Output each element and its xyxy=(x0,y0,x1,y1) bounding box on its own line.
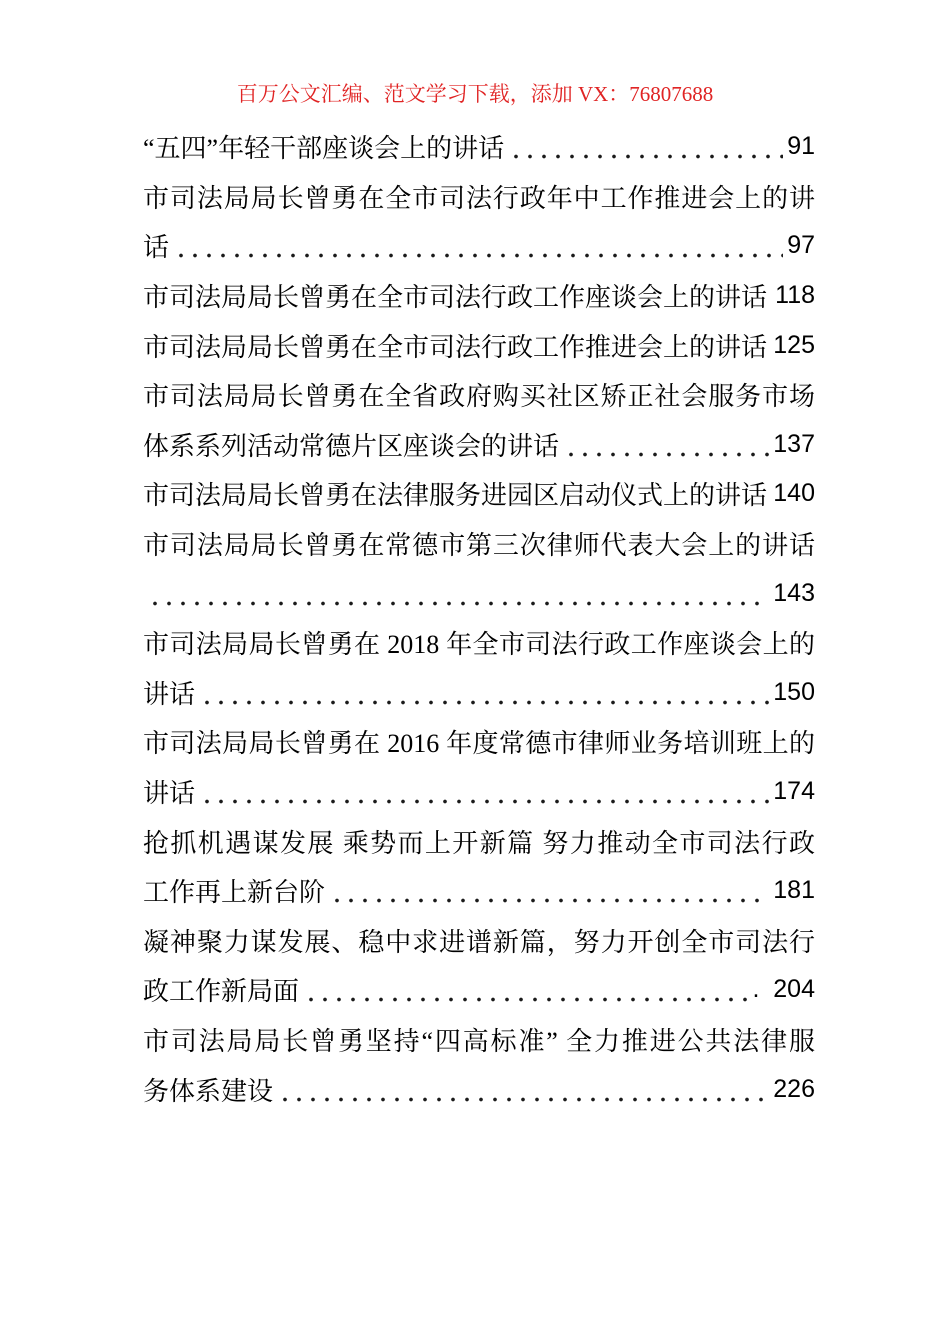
toc-entry-text: 讲话 xyxy=(143,674,195,711)
toc-entry-text: 市司法局局长曾勇在 2018 年全市司法行政工作座谈会上的 xyxy=(143,624,815,661)
dot-leader xyxy=(564,420,769,470)
promo-header: 百万公文汇编、范文学习下载，添加 VX：76807688 xyxy=(0,81,950,107)
toc-line: 体系系列活动常德片区座谈会的讲话137 xyxy=(143,420,815,470)
toc-line: 讲话174 xyxy=(143,767,815,817)
dot-leader xyxy=(148,568,769,618)
dot-leader xyxy=(304,965,748,1015)
toc-entry-text: 凝神聚力谋发展、稳中求进谱新篇，努力开创全市司法行 xyxy=(143,922,815,959)
toc-line: 务体系建设226 xyxy=(143,1064,815,1114)
toc-page-number: 91 xyxy=(787,132,815,161)
toc-entry-text: 讲话 xyxy=(143,773,195,810)
toc-line: 工作再上新台阶181 xyxy=(143,866,815,916)
toc-entry-text: 抢抓机遇谋发展 乘势而上开新篇 努力推动全市司法行政 xyxy=(143,823,815,860)
dot-leader xyxy=(200,767,769,817)
toc-page-number: 137 xyxy=(773,430,815,459)
toc-page-number: 97 xyxy=(787,231,815,260)
toc-entry-text: 体系系列活动常德片区座谈会的讲话 xyxy=(143,426,559,463)
toc-entry-text: 市司法局局长曾勇在全市司法行政工作推进会上的讲话 xyxy=(143,327,759,364)
toc-line: 市司法局局长曾勇坚持“四高标准” 全力推进公共法律服 xyxy=(143,1015,815,1065)
table-of-contents: “五四”年轻干部座谈会上的讲话91市司法局局长曾勇在全市司法行政年中工作推进会上… xyxy=(143,122,815,1114)
dot-leader xyxy=(200,668,769,718)
toc-entry-text: 工作再上新台阶 xyxy=(143,872,325,909)
dot-leader xyxy=(509,122,783,172)
toc-page-number: . 204 xyxy=(752,975,815,1004)
toc-page-number: 174 xyxy=(773,777,815,806)
dot-leader xyxy=(330,866,769,916)
toc-entry-text: 市司法局局长曾勇在全省政府购买社区矫正社会服务市场 xyxy=(143,376,815,413)
toc-entry-text: 市司法局局长曾勇在常德市第三次律师代表大会上的讲话 xyxy=(143,525,815,562)
toc-line: 讲话150 xyxy=(143,668,815,718)
toc-line: 市司法局局长曾勇在 2018 年全市司法行政工作座谈会上的 xyxy=(143,618,815,668)
dot-leader xyxy=(174,221,783,271)
toc-entry-text: “五四”年轻干部座谈会上的讲话 xyxy=(143,128,504,165)
toc-line: 市司法局局长曾勇在全省政府购买社区矫正社会服务市场 xyxy=(143,370,815,420)
toc-page-number: 125 xyxy=(773,331,815,360)
toc-page-number: 226 xyxy=(773,1075,815,1104)
toc-line: 抢抓机遇谋发展 乘势而上开新篇 努力推动全市司法行政 xyxy=(143,816,815,866)
toc-page-number: 150 xyxy=(773,678,815,707)
toc-line: 市司法局局长曾勇在全市司法行政工作座谈会上的讲话118 xyxy=(143,271,815,321)
toc-line: 政工作新局面. 204 xyxy=(143,965,815,1015)
toc-line: “五四”年轻干部座谈会上的讲话91 xyxy=(143,122,815,172)
toc-line: 话97 xyxy=(143,221,815,271)
toc-page-number: 140 xyxy=(773,479,815,508)
toc-entry-text: 务体系建设 xyxy=(143,1071,273,1108)
toc-line: 143 xyxy=(143,568,815,618)
toc-entry-text: 市司法局局长曾勇在全市司法行政年中工作推进会上的讲 xyxy=(143,178,815,215)
toc-entry-text: 政工作新局面 xyxy=(143,971,299,1008)
toc-entry-text: 话 xyxy=(143,227,169,264)
toc-line: 凝神聚力谋发展、稳中求进谱新篇，努力开创全市司法行 xyxy=(143,916,815,966)
dot-leader xyxy=(278,1064,769,1114)
toc-line: 市司法局局长曾勇在全市司法行政年中工作推进会上的讲 xyxy=(143,172,815,222)
toc-line: 市司法局局长曾勇在全市司法行政工作推进会上的讲话125 xyxy=(143,320,815,370)
toc-line: 市司法局局长曾勇在 2016 年度常德市律师业务培训班上的 xyxy=(143,717,815,767)
toc-entry-text: 市司法局局长曾勇在全市司法行政工作座谈会上的讲话 xyxy=(143,277,761,314)
toc-page-number: 181 xyxy=(773,876,815,905)
toc-line: 市司法局局长曾勇在法律服务进园区启动仪式上的讲话140 xyxy=(143,469,815,519)
toc-page-number: 143 xyxy=(773,579,815,608)
toc-line: 市司法局局长曾勇在常德市第三次律师代表大会上的讲话 xyxy=(143,519,815,569)
toc-entry-text: 市司法局局长曾勇在 2016 年度常德市律师业务培训班上的 xyxy=(143,723,815,760)
toc-page-number: 118 xyxy=(775,281,815,310)
toc-entry-text: 市司法局局长曾勇在法律服务进园区启动仪式上的讲话 xyxy=(143,475,759,512)
toc-entry-text: 市司法局局长曾勇坚持“四高标准” 全力推进公共法律服 xyxy=(143,1021,815,1058)
